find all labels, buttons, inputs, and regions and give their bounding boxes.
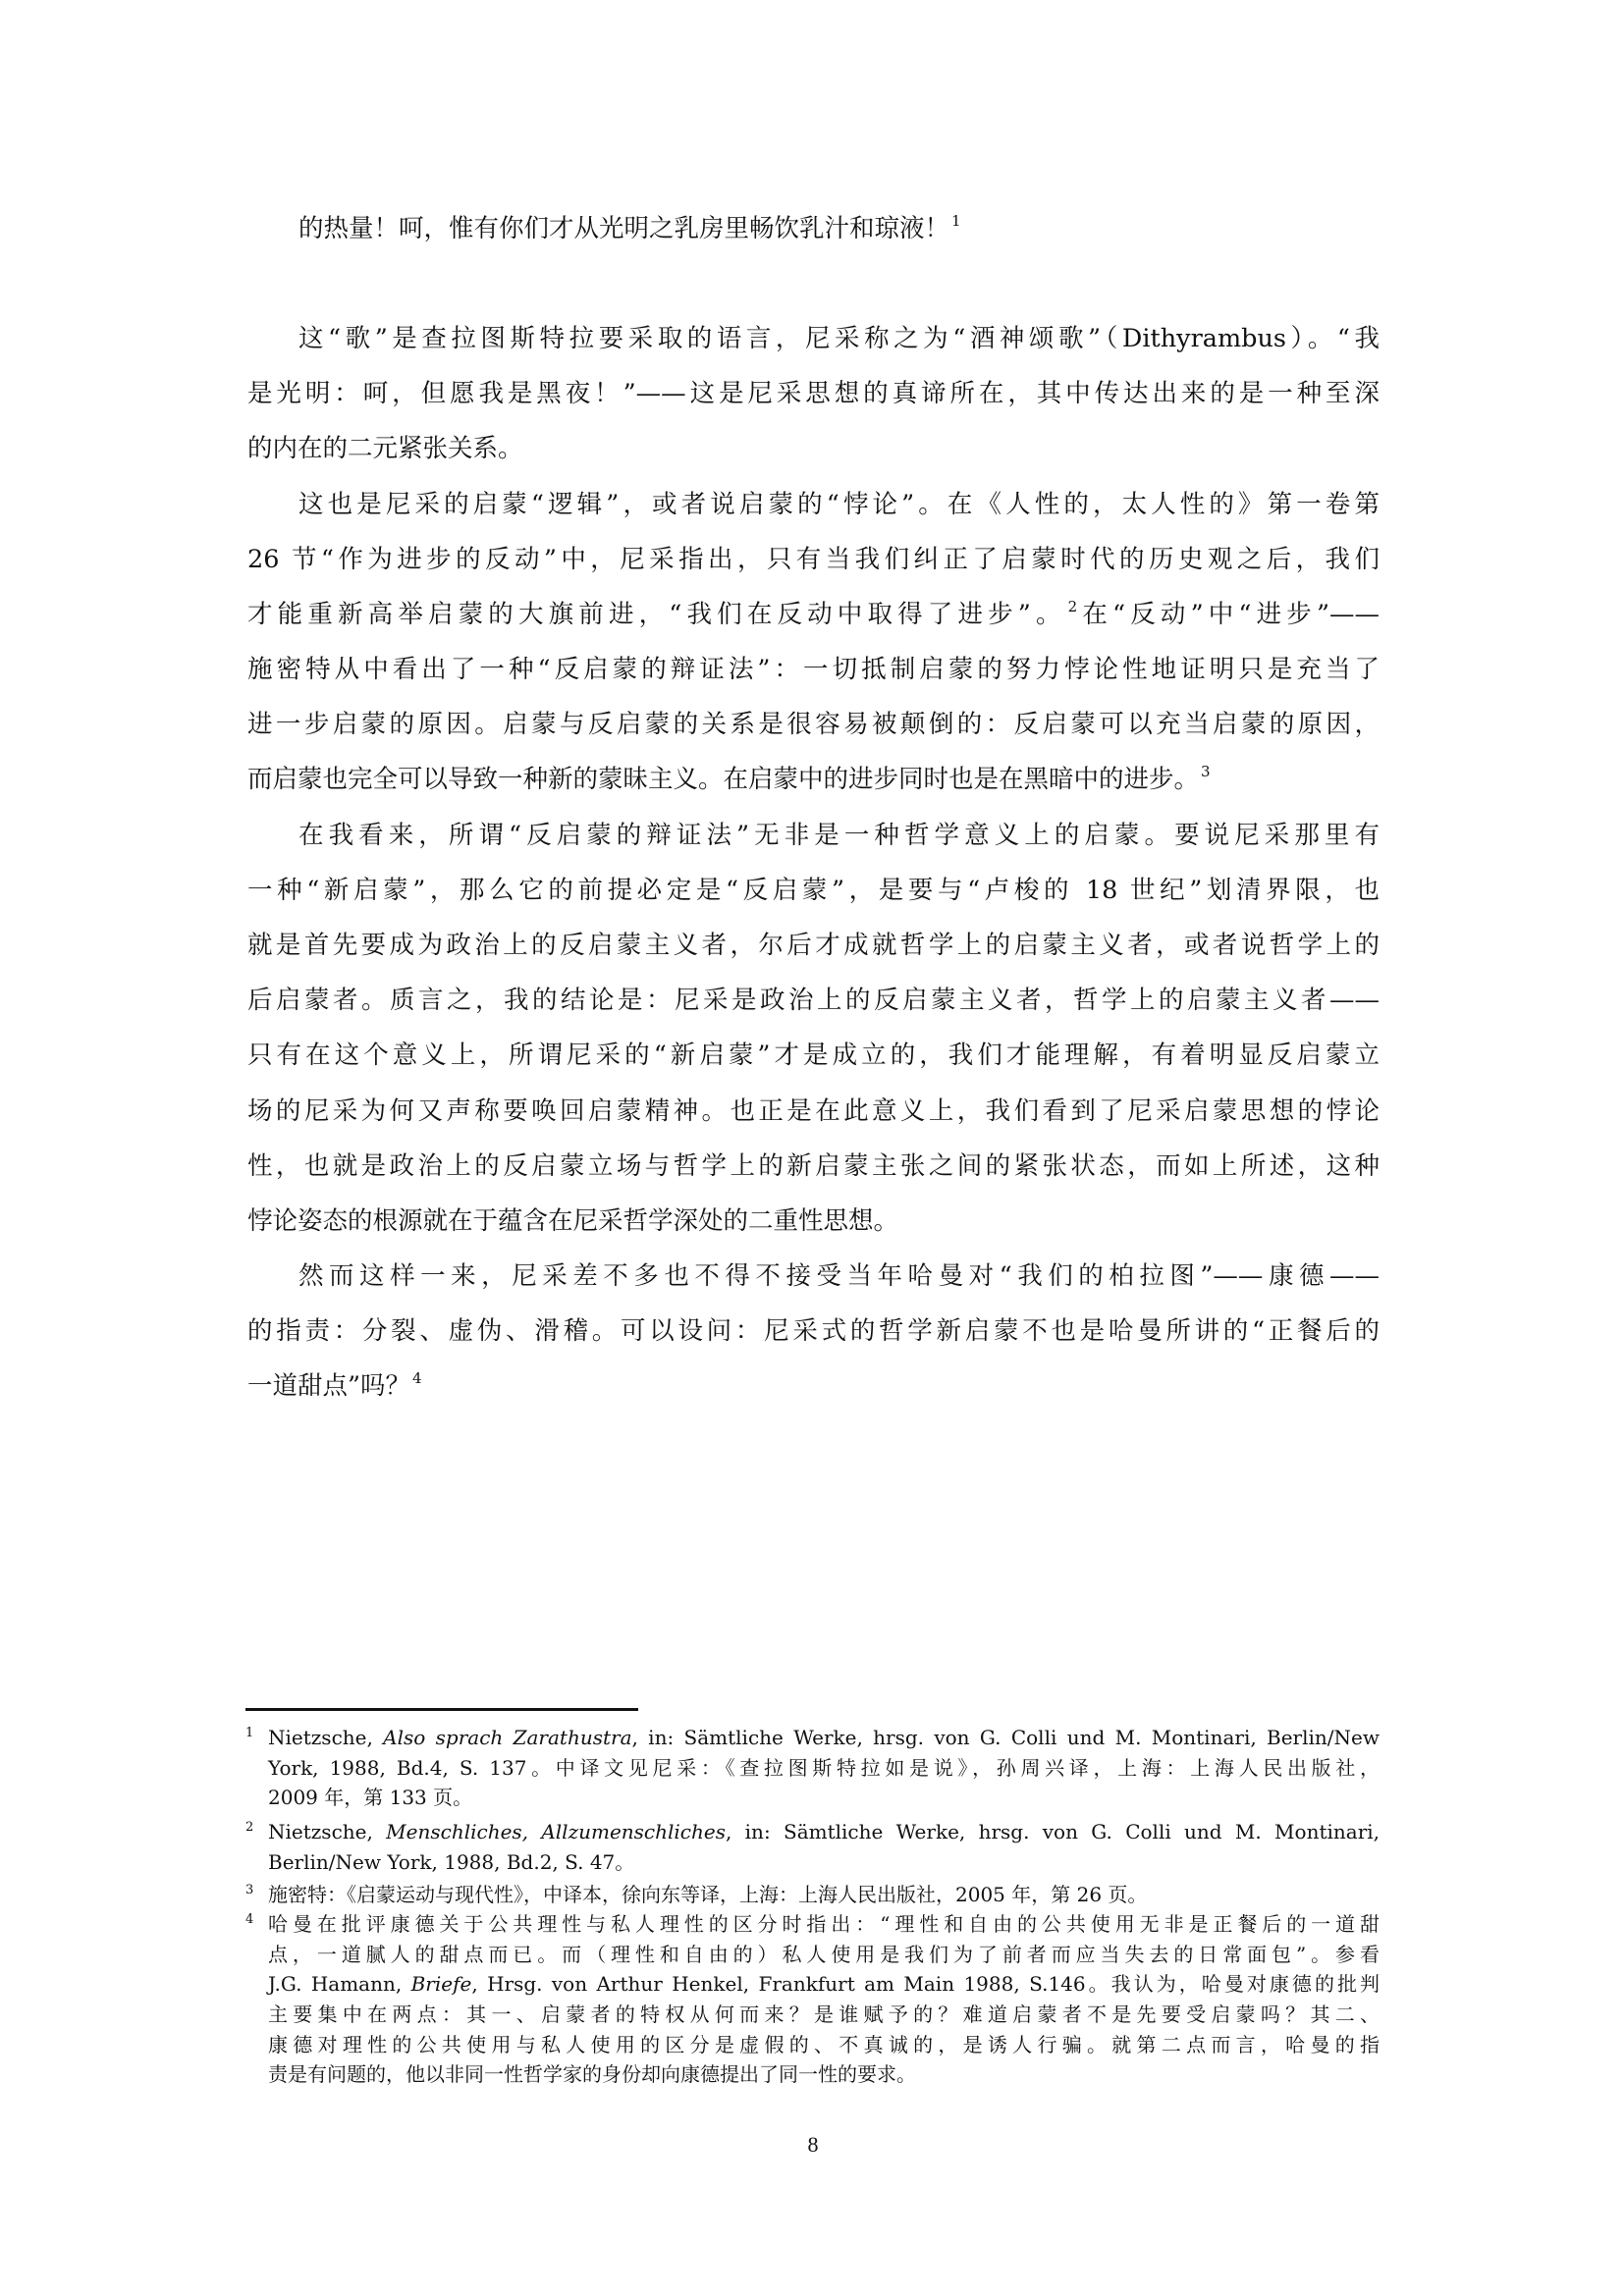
footnote-line: 2009 年，第 133 页。 (268, 1785, 1380, 1810)
fn-text: 点，一道腻人的甜点而已。而（理性和自由的）私人使用是我们为了前者而应当失去的日常… (268, 1943, 1380, 1966)
line-text: 一种“新启蒙”，那么它的前提必定是“反启蒙”，是要与“卢梭的 18 世纪”划清界… (247, 876, 1380, 905)
line-text: 性，也就是政治上的反启蒙立场与哲学上的新启蒙主张之间的紧张状态，而如上所述，这种 (247, 1151, 1380, 1181)
fn-text: York, 1988, Bd.4, S. 137。中译文见尼采：《查拉图斯特拉如… (268, 1756, 1380, 1780)
body-line: 的热量！呵，惟有你们才从光明之乳房里畅饮乳汁和琼液！1 (298, 214, 1380, 243)
footnote-line: 主要集中在两点：其一、启蒙者的特权从何而来？是谁赋予的？难道启蒙者不是先要受启蒙… (268, 2002, 1380, 2027)
body-line: 然而这样一来，尼采差不多也不得不接受当年哈曼对“我们的柏拉图”——康德—— (298, 1261, 1380, 1291)
line-text: 一道甜点”吗？ (247, 1371, 410, 1401)
line-text: 才能重新高举启蒙的大旗前进，“我们在反动中取得了进步”。 (247, 600, 1066, 629)
fn-text: 哈曼在批评康德关于公共理性与私人理性的区分时指出：“理性和自由的公共使用无非是正… (268, 1912, 1380, 1936)
line-text: 在“反动”中“进步”—— (1077, 600, 1380, 629)
body-line: 这也是尼采的启蒙“逻辑”，或者说启蒙的“悖论”。在《人性的，太人性的》第一卷第 (298, 490, 1380, 519)
line-text: 的内在的二元紧张关系。 (247, 434, 523, 463)
footnote-line: Nietzsche, Menschliches, Allzumenschlich… (268, 1819, 1380, 1844)
body-line: 一道甜点”吗？4 (247, 1371, 1380, 1401)
fn-text: Berlin/New York, 1988, Bd.2, S. 47。 (268, 1850, 634, 1874)
line-text: 施密特从中看出了一种“反启蒙的辩证法”：一切抵制启蒙的努力悖论性地证明只是充当了 (247, 655, 1380, 684)
line-text: 的热量！呵，惟有你们才从光明之乳房里畅饮乳汁和琼液！ (298, 214, 949, 243)
footnote-marker: 1 (245, 1725, 253, 1742)
line-text: 而启蒙也完全可以导致一种新的蒙昧主义。在启蒙中的进步同时也是在黑暗中的进步。 (247, 765, 1199, 794)
footnote-line: 点，一道腻人的甜点而已。而（理性和自由的）私人使用是我们为了前者而应当失去的日常… (268, 1942, 1380, 1967)
document-page: 的热量！呵，惟有你们才从光明之乳房里畅饮乳汁和琼液！1 这“歌”是查拉图斯特拉要… (0, 0, 1624, 2296)
fn-text: 2009 年，第 133 页。 (268, 1786, 472, 1809)
body-line: 性，也就是政治上的反启蒙立场与哲学上的新启蒙主张之间的紧张状态，而如上所述，这种 (247, 1151, 1380, 1181)
footnote-ref[interactable]: 1 (951, 212, 961, 230)
fn-text: 施密特：《启蒙运动与现代性》，中译本，徐向东等译，上海：上海人民出版社，2005… (268, 1883, 1147, 1906)
fn-text: J.G. Hamann, (268, 1972, 411, 1996)
footnote-ref[interactable]: 2 (1068, 598, 1078, 615)
footnote-ref[interactable]: 3 (1201, 763, 1211, 780)
fn-text: 责是有问题的，他以非同一性哲学家的身份却向康德提出了同一性的要求。 (268, 2062, 916, 2086)
fn-text: , Hrsg. von Arthur Henkel, Frankfurt am … (471, 1972, 1380, 1996)
body-line: 而启蒙也完全可以导致一种新的蒙昧主义。在启蒙中的进步同时也是在黑暗中的进步。3 (247, 765, 1380, 794)
footnote-line: 哈曼在批评康德关于公共理性与私人理性的区分时指出：“理性和自由的公共使用无非是正… (268, 1911, 1380, 1937)
line-text: 只有在这个意义上，所谓尼采的“新启蒙”才是成立的，我们才能理解，有着明显反启蒙立 (247, 1041, 1380, 1070)
fn-text: , in: Sämtliche Werke, hrsg. von G. Coll… (726, 1820, 1380, 1843)
body-line: 的指责：分裂、虚伪、滑稽。可以设问：尼采式的哲学新启蒙不也是哈曼所讲的“正餐后的 (247, 1316, 1380, 1346)
line-text: 是光明：呵，但愿我是黑夜！”——这是尼采思想的真谛所在，其中传达出来的是一种至深 (247, 379, 1380, 408)
fn-text: 主要集中在两点：其一、启蒙者的特权从何而来？是谁赋予的？难道启蒙者不是先要受启蒙… (268, 2002, 1380, 2026)
body-line: 这“歌”是查拉图斯特拉要采取的语言，尼采称之为“酒神颂歌”（Dithyrambu… (298, 324, 1380, 353)
line-text: 这“歌”是查拉图斯特拉要采取的语言，尼采称之为“酒神颂歌”（Dithyrambu… (298, 324, 1380, 353)
body-line: 施密特从中看出了一种“反启蒙的辩证法”：一切抵制启蒙的努力悖论性地证明只是充当了 (247, 655, 1380, 684)
footnote-marker: 3 (245, 1882, 253, 1899)
body-line: 26 节“作为进步的反动”中，尼采指出，只有当我们纠正了启蒙时代的历史观之后，我… (247, 545, 1380, 574)
book-title: Menschliches, Allzumenschliches (386, 1820, 726, 1843)
line-text: 进一步启蒙的原因。启蒙与反启蒙的关系是很容易被颠倒的：反启蒙可以充当启蒙的原因， (247, 710, 1380, 739)
body-line: 才能重新高举启蒙的大旗前进，“我们在反动中取得了进步”。2在“反动”中“进步”—… (247, 600, 1380, 629)
body-line: 只有在这个意义上，所谓尼采的“新启蒙”才是成立的，我们才能理解，有着明显反启蒙立 (247, 1041, 1380, 1070)
line-text: 场的尼采为何又声称要唤回启蒙精神。也正是在此意义上，我们看到了尼采启蒙思想的悖论 (247, 1096, 1380, 1126)
book-title: Also sprach Zarathustra (383, 1726, 631, 1749)
fn-text: 康德对理性的公共使用与私人使用的区分是虚假的、不真诚的，是诱人行骗。就第二点而言… (268, 2033, 1380, 2056)
fn-text: Nietzsche, (268, 1726, 383, 1749)
body-line: 后启蒙者。质言之，我的结论是：尼采是政治上的反启蒙主义者，哲学上的启蒙主义者—— (247, 986, 1380, 1015)
footnote-line: Berlin/New York, 1988, Bd.2, S. 47。 (268, 1849, 1380, 1875)
fn-text: , in: Sämtliche Werke, hrsg. von G. Coll… (632, 1726, 1380, 1749)
footnote-line: 康德对理性的公共使用与私人使用的区分是虚假的、不真诚的，是诱人行骗。就第二点而言… (268, 2032, 1380, 2057)
line-text: 然而这样一来，尼采差不多也不得不接受当年哈曼对“我们的柏拉图”——康德—— (298, 1261, 1380, 1291)
fn-text: Nietzsche, (268, 1820, 386, 1843)
footnote-marker: 4 (245, 1911, 253, 1929)
footnote-ref[interactable]: 4 (412, 1369, 422, 1387)
body-line: 在我看来，所谓“反启蒙的辩证法”无非是一种哲学意义上的启蒙。要说尼采那里有 (298, 821, 1380, 850)
line-text: 悖论姿态的根源就在于蕴含在尼采哲学深处的二重性思想。 (247, 1206, 898, 1236)
footnote-line: 施密特：《启蒙运动与现代性》，中译本，徐向东等译，上海：上海人民出版社，2005… (268, 1882, 1380, 1907)
line-text: 在我看来，所谓“反启蒙的辩证法”无非是一种哲学意义上的启蒙。要说尼采那里有 (298, 821, 1380, 850)
footnote-line: 责是有问题的，他以非同一性哲学家的身份却向康德提出了同一性的要求。 (268, 2061, 1380, 2087)
body-line: 一种“新启蒙”，那么它的前提必定是“反启蒙”，是要与“卢梭的 18 世纪”划清界… (247, 876, 1380, 905)
body-line: 场的尼采为何又声称要唤回启蒙精神。也正是在此意义上，我们看到了尼采启蒙思想的悖论 (247, 1096, 1380, 1126)
body-line: 进一步启蒙的原因。启蒙与反启蒙的关系是很容易被颠倒的：反启蒙可以充当启蒙的原因， (247, 710, 1380, 739)
body-line: 就是首先要成为政治上的反启蒙主义者，尔后才成就哲学上的启蒙主义者，或者说哲学上的 (247, 931, 1380, 960)
footnote-line: York, 1988, Bd.4, S. 137。中译文见尼采：《查拉图斯特拉如… (268, 1755, 1380, 1781)
line-text: 这也是尼采的启蒙“逻辑”，或者说启蒙的“悖论”。在《人性的，太人性的》第一卷第 (298, 490, 1380, 519)
footnote-separator (245, 1708, 638, 1711)
line-text: 26 节“作为进步的反动”中，尼采指出，只有当我们纠正了启蒙时代的历史观之后，我… (247, 545, 1380, 574)
line-text: 就是首先要成为政治上的反启蒙主义者，尔后才成就哲学上的启蒙主义者，或者说哲学上的 (247, 931, 1380, 960)
body-line: 的内在的二元紧张关系。 (247, 434, 1380, 463)
page-number: 8 (803, 2132, 823, 2158)
line-text: 的指责：分裂、虚伪、滑稽。可以设问：尼采式的哲学新启蒙不也是哈曼所讲的“正餐后的 (247, 1316, 1380, 1346)
footnote-marker: 2 (245, 1819, 253, 1837)
line-text: 后启蒙者。质言之，我的结论是：尼采是政治上的反启蒙主义者，哲学上的启蒙主义者—— (247, 986, 1380, 1015)
body-line: 是光明：呵，但愿我是黑夜！”——这是尼采思想的真谛所在，其中传达出来的是一种至深 (247, 379, 1380, 408)
book-title: Briefe (411, 1972, 472, 1996)
footnote-line: Nietzsche, Also sprach Zarathustra, in: … (268, 1725, 1380, 1750)
body-line: 悖论姿态的根源就在于蕴含在尼采哲学深处的二重性思想。 (247, 1206, 1380, 1236)
footnote-line: J.G. Hamann, Briefe, Hrsg. von Arthur He… (268, 1971, 1380, 1997)
